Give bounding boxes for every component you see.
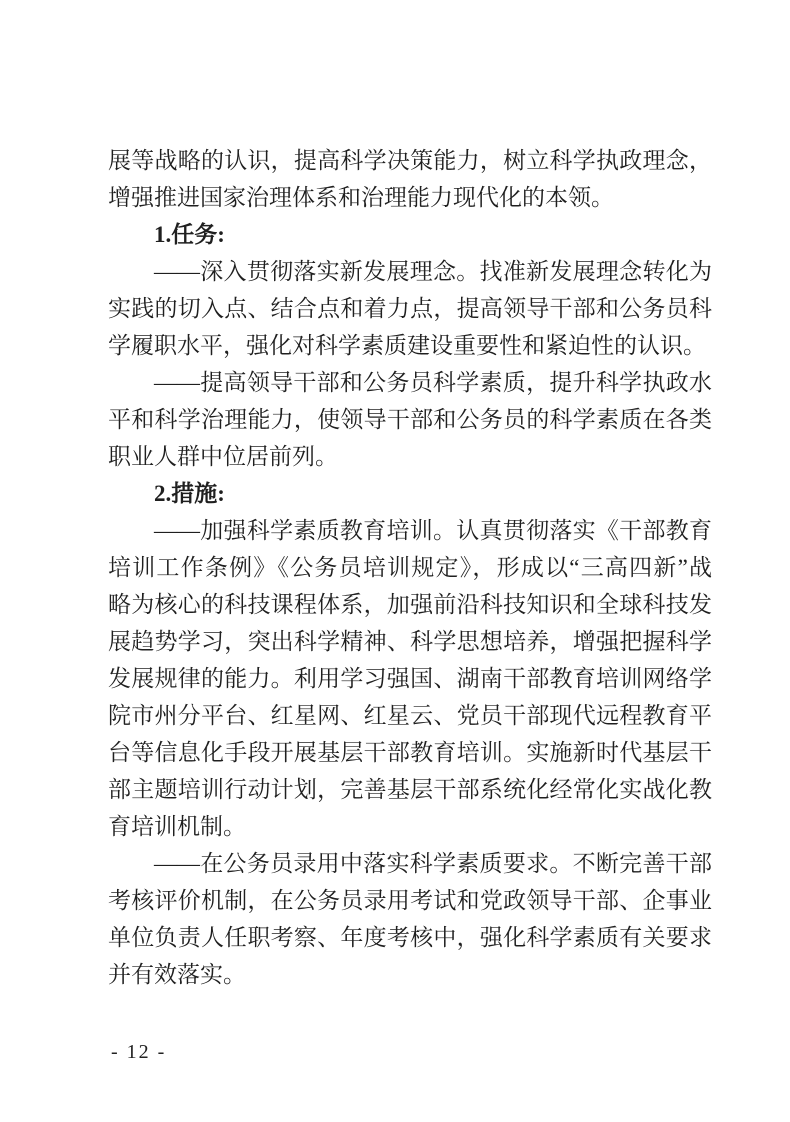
text-line: ——在公务员录用中落实科学素质要求。不断完善干部 <box>108 845 712 882</box>
text-line: 台等信息化手段开展基层干部教育培训。实施新时代基层干 <box>108 734 712 771</box>
text-line: 单位负责人任职考察、年度考核中，强化科学素质有关要求 <box>108 919 712 956</box>
heading-line: 2.措施: <box>108 475 712 512</box>
document-page: 展等战略的认识，提高科学决策能力，树立科学执政理念，增强推进国家治理体系和治理能… <box>0 0 790 1122</box>
text-line: 考核评价机制，在公务员录用考试和党政领导干部、企事业 <box>108 882 712 919</box>
text-line: 院市州分平台、红星网、红星云、党员干部现代远程教育平 <box>108 697 712 734</box>
text-line: 实践的切入点、结合点和着力点，提高领导干部和公务员科 <box>108 290 712 327</box>
text-line: 略为核心的科技课程体系，加强前沿科技知识和全球科技发 <box>108 586 712 623</box>
text-line: ——提高领导干部和公务员科学素质，提升科学执政水 <box>108 364 712 401</box>
document-body: 展等战略的认识，提高科学决策能力，树立科学执政理念，增强推进国家治理体系和治理能… <box>108 142 712 993</box>
text-line: 育培训机制。 <box>108 808 712 845</box>
text-line: 平和科学治理能力，使领导干部和公务员的科学素质在各类 <box>108 401 712 438</box>
page-number: - 12 - <box>111 1040 166 1064</box>
text-line: 展等战略的认识，提高科学决策能力，树立科学执政理念， <box>108 142 712 179</box>
heading-line: 1.任务: <box>108 216 712 253</box>
text-line: 部主题培训行动计划，完善基层干部系统化经常化实战化教 <box>108 771 712 808</box>
text-line: 学履职水平，强化对科学素质建设重要性和紧迫性的认识。 <box>108 327 712 364</box>
text-line: 发展规律的能力。利用学习强国、湖南干部教育培训网络学 <box>108 660 712 697</box>
text-line: 展趋势学习，突出科学精神、科学思想培养，增强把握科学 <box>108 623 712 660</box>
text-line: 培训工作条例》《公务员培训规定》，形成以“三高四新”战 <box>108 549 712 586</box>
text-line: 职业人群中位居前列。 <box>108 438 712 475</box>
text-line: ——深入贯彻落实新发展理念。找准新发展理念转化为 <box>108 253 712 290</box>
text-line: ——加强科学素质教育培训。认真贯彻落实《干部教育 <box>108 512 712 549</box>
text-line: 并有效落实。 <box>108 956 712 993</box>
text-line: 增强推进国家治理体系和治理能力现代化的本领。 <box>108 179 712 216</box>
